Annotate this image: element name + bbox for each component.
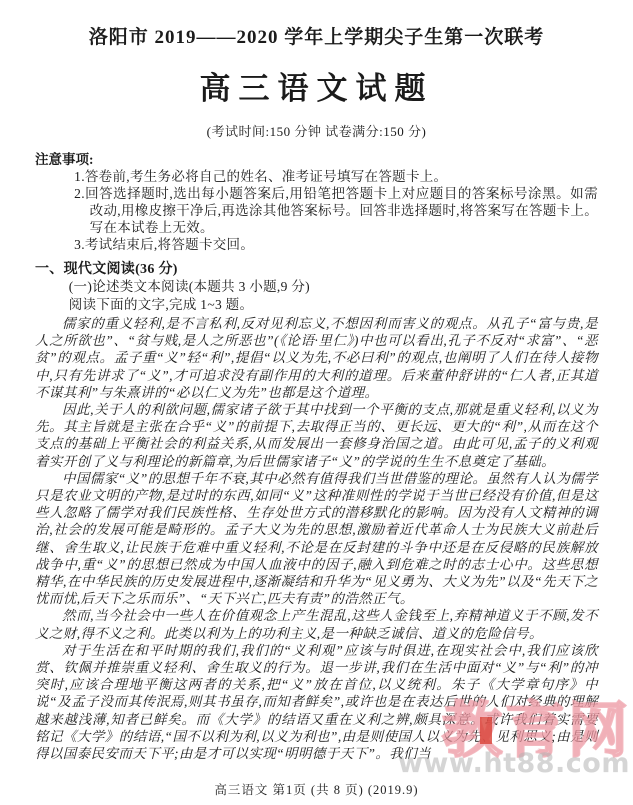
notice-item-2: 2.回答选择题时,选出每小题答案后,用铅笔把答题卡上对应题目的答案标号涂黑。如需… [74,185,598,236]
passage-paragraph-4: 然而,当今社会中一些人在价值观念上产生混乱,这些人金钱至上,弃精神道义于不顾,发… [35,607,598,641]
passage-paragraph-3: 中国儒家“义”的思想千年不衰,其中必然有值得我们当世借鉴的理论。虽然有人认为儒学… [35,470,598,608]
passage-paragraph-5: 对于生活在和平时期的我们,我们的“义利观”应该与时俱进,在现实社会中,我们应该欣… [35,642,598,762]
page-header: 洛阳市 2019——2020 学年上学期尖子生第一次联考 高三语文试题 (考试时… [35,22,598,140]
exam-title: 洛阳市 2019——2020 学年上学期尖子生第一次联考 [35,22,598,49]
passage-paragraph-2: 因此,关于人的利欲问题,儒家诸子欲于其中找到一个平衡的支点,那就是重义轻利,以义… [35,401,598,470]
notice-item-3: 3.考试结束后,将答题卡交回。 [74,236,598,253]
notices-section: 注意事项: 1.答卷前,考生务必将自己的姓名、准考证号填写在答题卡上。 2.回答… [35,151,598,253]
exam-paper-page: 洛阳市 2019——2020 学年上学期尖子生第一次联考 高三语文试题 (考试时… [0,0,633,805]
reading-passage: 儒家的重义轻利,是不言私利,反对见利忘义,不想因利而害义的观点。从孔子“富与贵,… [35,315,598,762]
reading-instruction: 阅读下面的文字,完成 1~3 题。 [69,296,598,314]
content-section: 一、现代文阅读(36 分) (一)论述类文本阅读(本题共 3 小题,9 分) 阅… [35,258,598,762]
passage-paragraph-1: 儒家的重义轻利,是不言私利,反对见利忘义,不想因利而害义的观点。从孔子“富与贵,… [35,315,598,401]
exam-info: (考试时间:150 分钟 试卷满分:150 分) [35,121,598,140]
notice-item-1: 1.答卷前,考生务必将自己的姓名、准考证号填写在答题卡上。 [74,168,598,185]
page-footer: 高三语文 第1页 (共 8 页) (2019.9) [0,780,633,798]
notices-heading: 注意事项: [35,151,598,168]
subject-title: 高三语文试题 [35,63,598,108]
section-heading-modern-reading: 一、现代文阅读(36 分) [35,258,598,278]
subsection-heading: (一)论述类文本阅读(本题共 3 小题,9 分) [69,278,598,296]
